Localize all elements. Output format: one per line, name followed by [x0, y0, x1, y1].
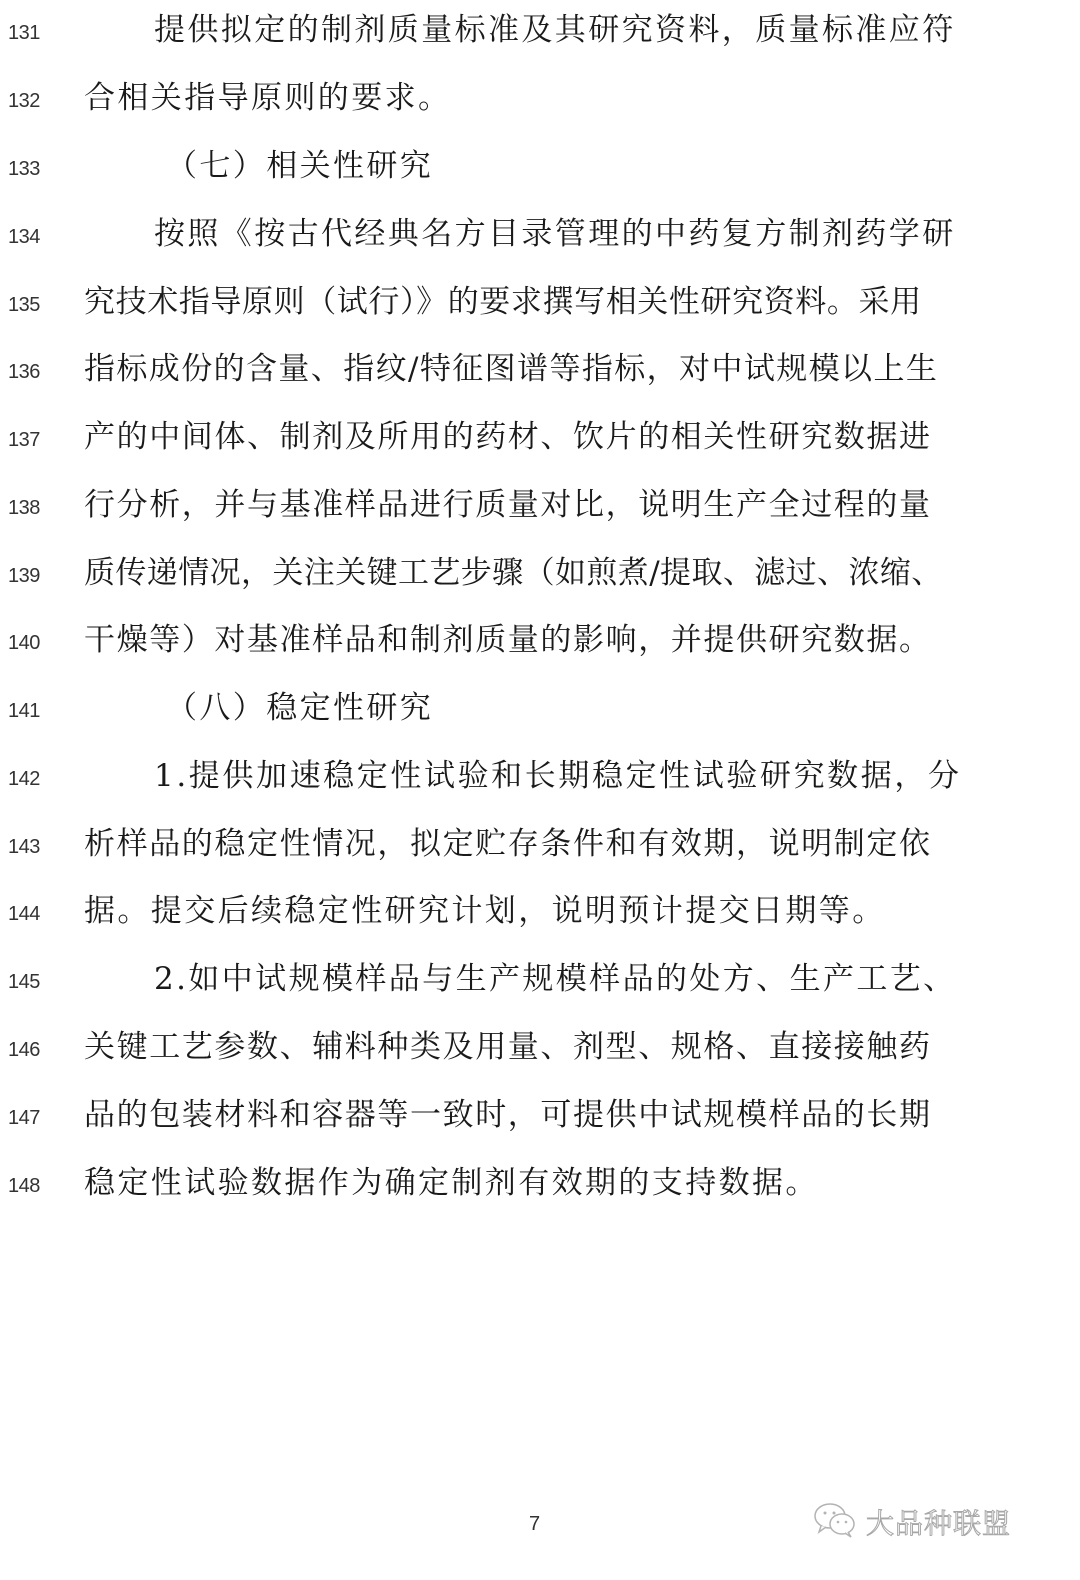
line-text: 质传递情况，关注关键工艺步骤（如煎煮/提取、滤过、浓缩、 [84, 547, 943, 599]
line-number: 142 [8, 768, 40, 791]
line-text: 指标成份的含量、指纹/特征图谱等指标，对中试规模以上生 [84, 343, 938, 395]
section-heading: （七）相关性研究 [166, 140, 433, 192]
line-number: 135 [8, 294, 40, 317]
line-text: 究技术指导原则（试行）》的要求撰写相关性研究资料。采用 [84, 276, 922, 328]
document-line: 134 按照《按古代经典名方目录管理的中药复方制剂药学研 [0, 208, 1080, 276]
line-number: 131 [8, 22, 40, 45]
document-line: 132 合相关指导原则的要求。 [0, 72, 1080, 140]
line-text: 关键工艺参数、辅料种类及用量、剂型、规格、直接接触药 [84, 1021, 932, 1073]
document-line: 139 质传递情况，关注关键工艺步骤（如煎煮/提取、滤过、浓缩、 [0, 547, 1080, 615]
document-line: 131 提供拟定的制剂质量标准及其研究资料，质量标准应符 [0, 4, 1080, 72]
line-number: 136 [8, 361, 40, 384]
section-heading-line: 141 （八）稳定性研究 [0, 682, 1080, 750]
document-line: 146 关键工艺参数、辅料种类及用量、剂型、规格、直接接触药 [0, 1021, 1080, 1089]
line-text: 合相关指导原则的要求。 [84, 72, 451, 124]
document-page: 131 提供拟定的制剂质量标准及其研究资料，质量标准应符 132 合相关指导原则… [0, 0, 1080, 1580]
document-line: 147 品的包装材料和容器等一致时，可提供中试规模样品的长期 [0, 1089, 1080, 1157]
line-number: 146 [8, 1039, 40, 1062]
line-number: 148 [8, 1175, 40, 1198]
line-text: 2.如中试规模样品与生产规模样品的处方、生产工艺、 [154, 953, 957, 1005]
line-text: 产的中间体、制剂及所用的药材、饮片的相关性研究数据进 [84, 411, 932, 463]
page-number: 7 [529, 1513, 540, 1536]
line-text: 按照《按古代经典名方目录管理的中药复方制剂药学研 [154, 208, 956, 260]
line-text: 据。提交后续稳定性研究计划，说明预计提交日期等。 [84, 885, 886, 937]
document-line: 143 析样品的稳定性情况，拟定贮存条件和有效期，说明制定依 [0, 818, 1080, 886]
line-number: 147 [8, 1107, 40, 1130]
document-line: 142 1.提供加速稳定性试验和长期稳定性试验研究数据，分 [0, 750, 1080, 818]
line-number: 143 [8, 836, 40, 859]
line-number: 138 [8, 497, 40, 520]
line-number: 134 [8, 226, 40, 249]
line-number: 133 [8, 158, 40, 181]
line-number: 139 [8, 565, 40, 588]
line-number: 140 [8, 632, 40, 655]
line-text: 行分析，并与基准样品进行质量对比，说明生产全过程的量 [84, 479, 932, 531]
line-number: 141 [8, 700, 40, 723]
document-line: 137 产的中间体、制剂及所用的药材、饮片的相关性研究数据进 [0, 411, 1080, 479]
document-line: 136 指标成份的含量、指纹/特征图谱等指标，对中试规模以上生 [0, 343, 1080, 411]
document-line: 138 行分析，并与基准样品进行质量对比，说明生产全过程的量 [0, 479, 1080, 547]
wechat-icon [812, 1500, 860, 1544]
section-heading: （八）稳定性研究 [166, 682, 433, 734]
line-text: 品的包装材料和容器等一致时，可提供中试规模样品的长期 [84, 1089, 932, 1141]
line-text: 1.提供加速稳定性试验和长期稳定性试验研究数据，分 [154, 750, 962, 802]
line-text: 提供拟定的制剂质量标准及其研究资料，质量标准应符 [154, 4, 956, 56]
line-number: 145 [8, 971, 40, 994]
line-number: 137 [8, 429, 40, 452]
document-line: 145 2.如中试规模样品与生产规模样品的处方、生产工艺、 [0, 953, 1080, 1021]
document-line: 148 稳定性试验数据作为确定制剂有效期的支持数据。 [0, 1157, 1080, 1225]
section-heading-line: 133 （七）相关性研究 [0, 140, 1080, 208]
line-number: 144 [8, 903, 40, 926]
line-number: 132 [8, 90, 40, 113]
watermark: 大品种联盟 [812, 1500, 1011, 1544]
line-text: 干燥等）对基准样品和制剂质量的影响，并提供研究数据。 [84, 614, 932, 666]
watermark-text: 大品种联盟 [866, 1502, 1011, 1542]
line-text: 稳定性试验数据作为确定制剂有效期的支持数据。 [84, 1157, 819, 1209]
document-line: 135 究技术指导原则（试行）》的要求撰写相关性研究资料。采用 [0, 276, 1080, 344]
document-line: 144 据。提交后续稳定性研究计划，说明预计提交日期等。 [0, 885, 1080, 953]
document-line: 140 干燥等）对基准样品和制剂质量的影响，并提供研究数据。 [0, 614, 1080, 682]
line-text: 析样品的稳定性情况，拟定贮存条件和有效期，说明制定依 [84, 818, 932, 870]
